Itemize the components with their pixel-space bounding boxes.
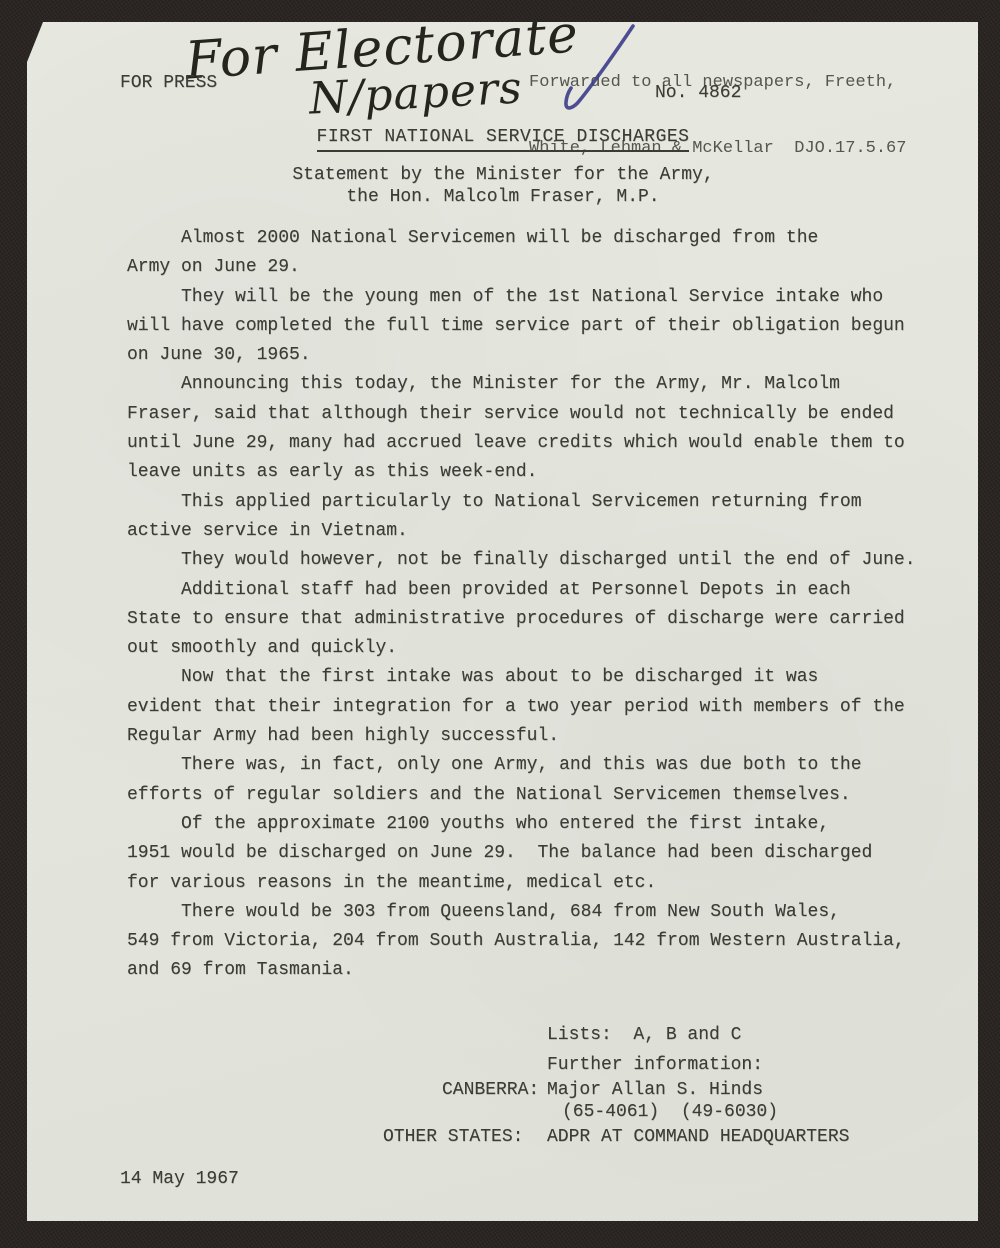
paragraph: Additional staff had been provided at Pe… (127, 576, 957, 664)
other-states-label: OTHER STATES: (383, 1126, 523, 1148)
title-block: FIRST NATIONAL SERVICE DISCHARGES Statem… (73, 126, 933, 208)
paragraph: Announcing this today, the Minister for … (127, 370, 957, 487)
release-number: No. 4862 (655, 82, 741, 104)
paragraph: Now that the first intake was about to b… (127, 663, 957, 751)
paragraph: This applied particularly to National Se… (127, 488, 957, 547)
canberra-label: CANBERRA: (442, 1079, 539, 1101)
lists-line: Lists: A, B and C (547, 1024, 741, 1046)
document-date: 14 May 1967 (120, 1168, 239, 1190)
subtitle-line2: the Hon. Malcolm Fraser, M.P. (73, 186, 933, 208)
paragraph: There would be 303 from Queensland, 684 … (127, 898, 957, 986)
subtitle-line1: Statement by the Minister for the Army, (73, 164, 933, 186)
further-information-label: Further information: (547, 1054, 763, 1076)
paragraph: Of the approximate 2100 youths who enter… (127, 810, 957, 898)
paragraph: They will be the young men of the 1st Na… (127, 283, 957, 371)
canberra-phone-numbers: (65-4061) (49-6030) (562, 1101, 778, 1123)
paragraph: There was, in fact, only one Army, and t… (127, 751, 957, 810)
paragraph: Almost 2000 National Servicemen will be … (127, 224, 957, 283)
canberra-contact: Major Allan S. Hinds (547, 1079, 763, 1101)
paragraph: They would however, not be finally disch… (127, 546, 957, 575)
paper-page: Forwarded to all newspapers, Freeth, Whi… (27, 22, 978, 1221)
scan-background: { "colors": { "background": "#2a2523", "… (0, 0, 1000, 1248)
blue-ink-tick-icon (545, 20, 641, 124)
body-text: Almost 2000 National Servicemen will be … (127, 224, 957, 986)
document-title: FIRST NATIONAL SERVICE DISCHARGES (317, 126, 690, 152)
release-type-label: FOR PRESS (120, 72, 217, 94)
handwritten-annotation-line2: N/papers (308, 62, 524, 124)
other-states-contact: ADPR AT COMMAND HEADQUARTERS (547, 1126, 849, 1148)
